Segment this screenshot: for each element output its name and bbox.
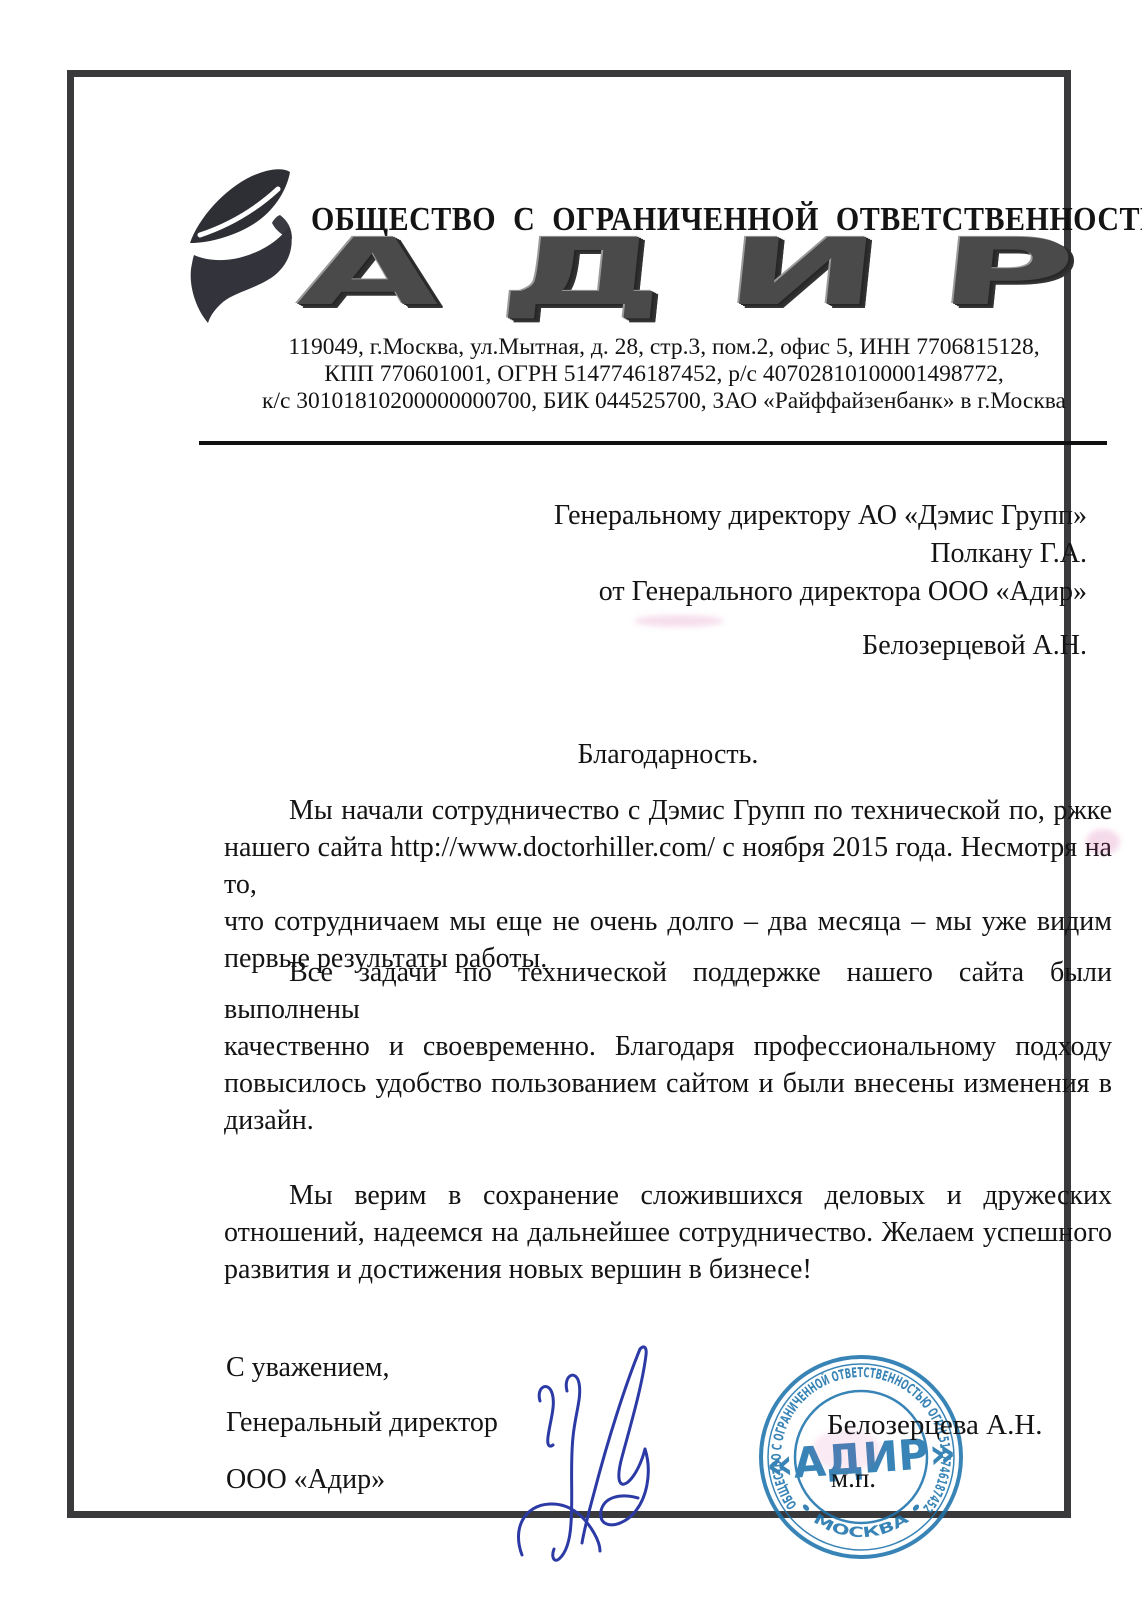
recipient-line: Генеральному директору АО «Дэмис Групп» [494,497,1087,535]
letter-title: Благодарность. [224,736,1112,773]
recipient-line: от Генерального директора ООО «Адир» [494,573,1087,611]
paragraph-line: Мы начали сотрудничество с Дэмис Групп п… [224,792,1112,829]
recipient-name: Белозерцевой А.Н. [494,627,1087,665]
paragraph-line: повысилось удобство пользованием сайтом … [224,1065,1112,1102]
address-line: КПП 770601001, ОГРН 5147746187452, р/с 4… [229,361,1099,388]
header-divider-rule [199,441,1107,445]
closing-salutation: С уважением, [226,1352,389,1384]
paragraph-2: Все задачи по технической поддержке наше… [224,954,1112,1139]
paragraph-3: Мы верим в сохранение сложившихся деловы… [224,1177,1112,1288]
company-round-stamp: ОБЩЕСТВО С ОГРАНИЧЕННОЙ ОТВЕТСТВЕННОСТЬЮ… [755,1349,967,1565]
handwritten-signature [512,1343,682,1578]
recipient-block: Генеральному директору АО «Дэмис Групп» … [494,497,1087,665]
address-line: 119049, г.Москва, ул.Мытная, д. 28, стр.… [229,334,1099,361]
paragraph-line: дизайн. [224,1102,1112,1139]
address-line: к/с 30101810200000000700, БИК 044525700,… [229,388,1099,415]
signer-name: Белозерцева А.Н. [827,1409,1043,1442]
scanned-letter-page: ОБЩЕСТВО С ОГРАНИЧЕННОЙ ОТВЕТСТВЕННОСТЬЮ… [0,0,1142,1600]
closing-company: ООО «Адир» [226,1464,385,1496]
paragraph-line: нашего сайта http://www.doctorhiller.com… [224,829,1112,903]
paragraph-line: Все задачи по технической поддержке наше… [224,954,1112,1028]
stamp-place-note: м.п. [831,1463,876,1494]
page-border-frame: ОБЩЕСТВО С ОГРАНИЧЕННОЙ ОТВЕТСТВЕННОСТЬЮ… [67,70,1071,1518]
paragraph-line: Мы верим в сохранение сложившихся деловы… [224,1177,1112,1214]
paragraph-line: развития и достижения новых вершин в биз… [224,1251,1112,1288]
closing-position: Генеральный директор [226,1407,498,1439]
paragraph-line: отношений, надеемся на дальнейшее сотруд… [224,1214,1112,1251]
adir-leaf-logo-icon [184,163,302,328]
paragraph-1: Мы начали сотрудничество с Дэмис Групп п… [224,792,1112,977]
recipient-line: Полкану Г.А. [494,535,1087,573]
paragraph-line: что сотрудничаем мы еще не очень долго –… [224,903,1112,940]
company-requisites: 119049, г.Москва, ул.Мытная, д. 28, стр.… [229,334,1099,415]
paragraph-line: качественно и своевременно. Благодаря пр… [224,1028,1112,1065]
company-brand-3d-text: АДИР [294,227,1104,319]
